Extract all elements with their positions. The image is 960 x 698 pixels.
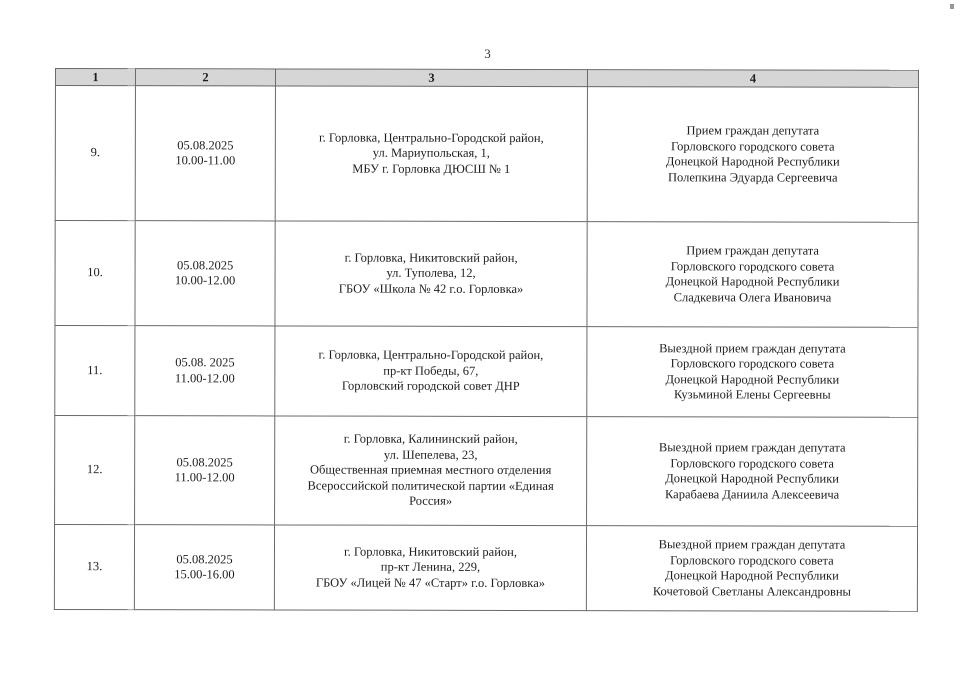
table-row: 12. 05.08.2025 11.00-12.00 г. Горловка, … (55, 416, 918, 527)
event-line: Выездной прием граждан депутата (591, 341, 913, 357)
place-line: ул. Шепелева, 23, (279, 447, 582, 463)
place-line: г. Горловка, Калининский район, (279, 432, 582, 448)
row-date: 05.08.2025 (139, 552, 270, 568)
event-line: Донецкой Народной Республики (591, 471, 913, 487)
place-line: ул. Мариупольская, 1, (280, 146, 583, 162)
table-row: 11. 05.08. 2025 11.00-12.00 г. Горловка,… (55, 326, 918, 418)
row-event: Выездной прием граждан депутата Горловск… (587, 417, 918, 527)
deputy-name: Кочетовой Светланы Александровны (591, 584, 913, 600)
table-row: 10. 05.08.2025 10.00-12.00 г. Горловка, … (55, 221, 918, 328)
event-line: Горловского городского совета (591, 553, 913, 569)
place-line: ГБОУ «Школа № 42 г.о. Горловка» (280, 281, 583, 297)
row-datetime: 05.08. 2025 11.00-12.00 (135, 326, 275, 416)
row-time: 10.00-12.00 (140, 273, 271, 289)
event-line: Выездной прием граждан депутата (591, 537, 913, 553)
place-line: г. Горловка, Центрально-Городской район, (280, 130, 583, 146)
table-body: 9. 05.08.2025 10.00-11.00 г. Горловка, Ц… (54, 86, 918, 612)
row-number: 10. (55, 221, 135, 326)
row-number: 13. (54, 525, 134, 610)
place-line: ГБОУ «Лицей № 47 «Старт» г.о. Горловка» (279, 575, 582, 591)
table-row: 13. 05.08.2025 15.00-16.00 г. Горловка, … (54, 525, 917, 612)
row-time: 10.00-11.00 (140, 153, 271, 169)
place-line: Всероссийской политической партии «Едина… (279, 478, 582, 494)
table-row: 9. 05.08.2025 10.00-11.00 г. Горловка, Ц… (55, 86, 918, 223)
event-line: Прием граждан депутата (592, 243, 914, 259)
row-number: 11. (55, 326, 135, 416)
row-time: 15.00-16.00 (139, 567, 270, 583)
page-number: 3 (0, 46, 960, 62)
row-place: г. Горловка, Никитовский район, пр-кт Ле… (274, 525, 586, 611)
row-event: Выездной прием граждан депутата Горловск… (587, 327, 918, 418)
scan-artifact (950, 4, 954, 9)
row-event: Выездной прием граждан депутата Горловск… (586, 526, 917, 612)
row-number: 9. (55, 86, 135, 221)
row-place: г. Горловка, Центрально-Городской район,… (275, 326, 587, 417)
row-date: 05.08.2025 (139, 455, 270, 471)
place-line: пр-кт Ленина, 229, (279, 560, 582, 576)
header-col-place: 3 (275, 69, 587, 87)
row-datetime: 05.08.2025 10.00-12.00 (135, 221, 275, 326)
header-col-number: 1 (55, 69, 135, 86)
event-line: Прием граждан депутата (592, 123, 914, 139)
place-line: МБУ г. Горловка ДЮСШ № 1 (280, 161, 583, 177)
place-line: Россия» (279, 494, 582, 510)
place-line: ул. Туполева, 12, (280, 266, 583, 282)
event-line: Горловского городского совета (592, 259, 914, 275)
deputy-name: Карабаева Даниила Алексеевича (591, 487, 913, 503)
place-line: Общественная приемная местного отделения (279, 463, 582, 479)
row-event: Прием граждан депутата Горловского город… (587, 222, 918, 328)
place-line: г. Горловка, Центрально-Городской район, (279, 348, 582, 364)
place-line: Горловский городской совет ДНР (279, 379, 582, 395)
deputy-name: Кузьминой Елены Сергеевны (591, 387, 913, 403)
row-number: 12. (55, 416, 135, 525)
place-line: г. Горловка, Никитовский район, (279, 544, 582, 560)
schedule-table: 1 2 3 4 9. 05.08.2025 10.00-11.00 г. Гор… (54, 68, 919, 612)
event-line: Горловского городского совета (591, 356, 913, 372)
place-line: пр-кт Победы, 67, (279, 363, 582, 379)
row-time: 11.00-12.00 (139, 371, 270, 387)
row-datetime: 05.08.2025 11.00-12.00 (135, 416, 275, 525)
row-date: 05.08.2025 (140, 138, 271, 154)
header-col-event: 4 (587, 70, 918, 88)
event-line: Выездной прием граждан депутата (591, 440, 913, 456)
row-date: 05.08. 2025 (139, 355, 270, 371)
event-line: Горловского городского совета (592, 139, 914, 155)
place-line: г. Горловка, Никитовский район, (280, 250, 583, 266)
header-row: 1 2 3 4 (55, 69, 918, 88)
deputy-name: Полепкина Эдуарда Сергеевича (592, 170, 914, 186)
row-place: г. Горловка, Никитовский район, ул. Тупо… (275, 221, 587, 327)
event-line: Донецкой Народной Республики (592, 154, 914, 170)
event-line: Донецкой Народной Республики (592, 274, 914, 290)
deputy-name: Сладкевича Олега Ивановича (592, 290, 914, 306)
row-place: г. Горловка, Центрально-Городской район,… (275, 86, 587, 222)
event-line: Донецкой Народной Республики (591, 372, 913, 388)
event-line: Горловского городского совета (591, 456, 913, 472)
row-datetime: 05.08.2025 10.00-11.00 (135, 86, 275, 221)
row-time: 11.00-12.00 (139, 470, 270, 486)
header-col-datetime: 2 (135, 69, 275, 86)
row-event: Прием граждан депутата Горловского город… (587, 87, 918, 223)
event-line: Донецкой Народной Республики (591, 568, 913, 584)
row-datetime: 05.08.2025 15.00-16.00 (134, 525, 274, 610)
row-date: 05.08.2025 (140, 258, 271, 274)
row-place: г. Горловка, Калининский район, ул. Шепе… (275, 416, 587, 526)
